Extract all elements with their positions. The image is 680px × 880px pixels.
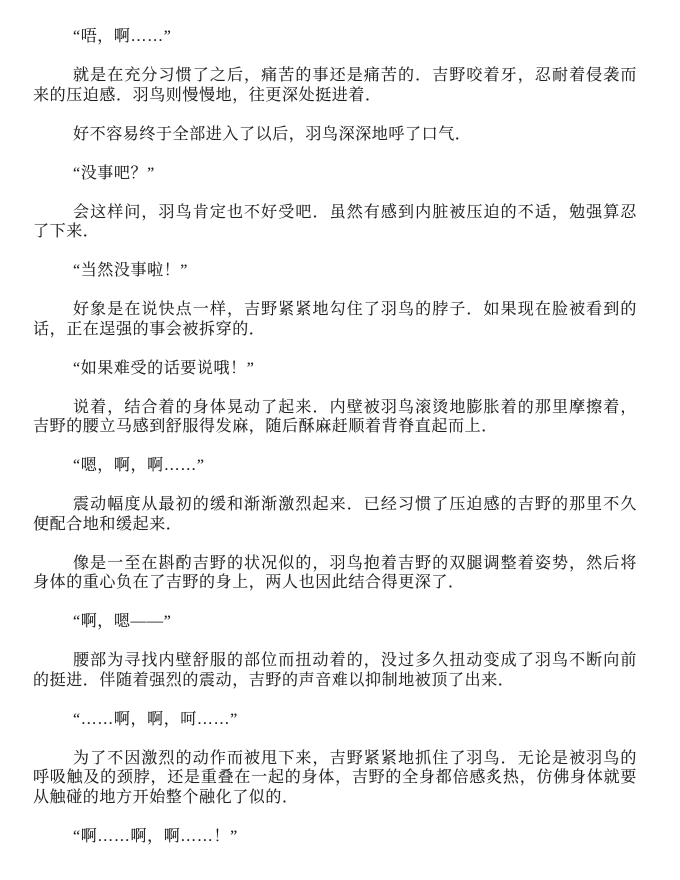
paragraph: “啊，嗯——” — [33, 612, 637, 632]
paragraph: “啊……啊，啊……！” — [33, 827, 637, 847]
paragraph: 像是一至在斟酌吉野的状况似的，羽鸟抱着吉野的双腿调整着姿势，然后将身体的重心负在… — [33, 554, 637, 593]
paragraph: 震动幅度从最初的缓和渐渐激烈起来．已经习惯了压迫感的吉野的那里不久便配合地和缓起… — [33, 495, 637, 534]
paragraph: 好象是在说快点一样，吉野紧紧地勾住了羽鸟的脖子．如果现在脸被看到的话，正在逞强的… — [33, 300, 637, 339]
paragraph: 会这样问，羽鸟肯定也不好受吧．虽然有感到内脏被压迫的不适，勉强算忍了下来． — [33, 203, 637, 242]
document-page: “唔，啊……”就是在充分习惯了之后，痛苦的事还是痛苦的．吉野咬着牙，忍耐着侵袭而… — [0, 0, 680, 880]
paragraph: 腰部为寻找内壁舒服的部位而扭动着的，没过多久扭动变成了羽鸟不断向前的挺进．伴随着… — [33, 651, 637, 690]
paragraph: “当然没事啦！” — [33, 261, 637, 281]
paragraph: “如果难受的话要说哦！” — [33, 359, 637, 379]
paragraph: “嗯，啊，啊……” — [33, 456, 637, 476]
paragraph: “唔，啊……” — [33, 27, 637, 47]
paragraph: “……啊，啊，呵……” — [33, 710, 637, 730]
paragraph: 说着，结合着的身体晃动了起来．内壁被羽鸟滚烫地膨胀着的那里摩擦着，吉野的腰立马感… — [33, 398, 637, 437]
paragraph: 就是在充分习惯了之后，痛苦的事还是痛苦的．吉野咬着牙，忍耐着侵袭而来的压迫感．羽… — [33, 66, 637, 105]
paragraph: 好不容易终于全部进入了以后，羽鸟深深地呼了口气． — [33, 125, 637, 145]
paragraph: “没事吧？” — [33, 164, 637, 184]
paragraph: 为了不因激烈的动作而被甩下来，吉野紧紧地抓住了羽鸟．无论是被羽鸟的呼吸触及的颈脖… — [33, 749, 637, 808]
page-text: “唔，啊……”就是在充分习惯了之后，痛苦的事还是痛苦的．吉野咬着牙，忍耐着侵袭而… — [33, 27, 637, 846]
